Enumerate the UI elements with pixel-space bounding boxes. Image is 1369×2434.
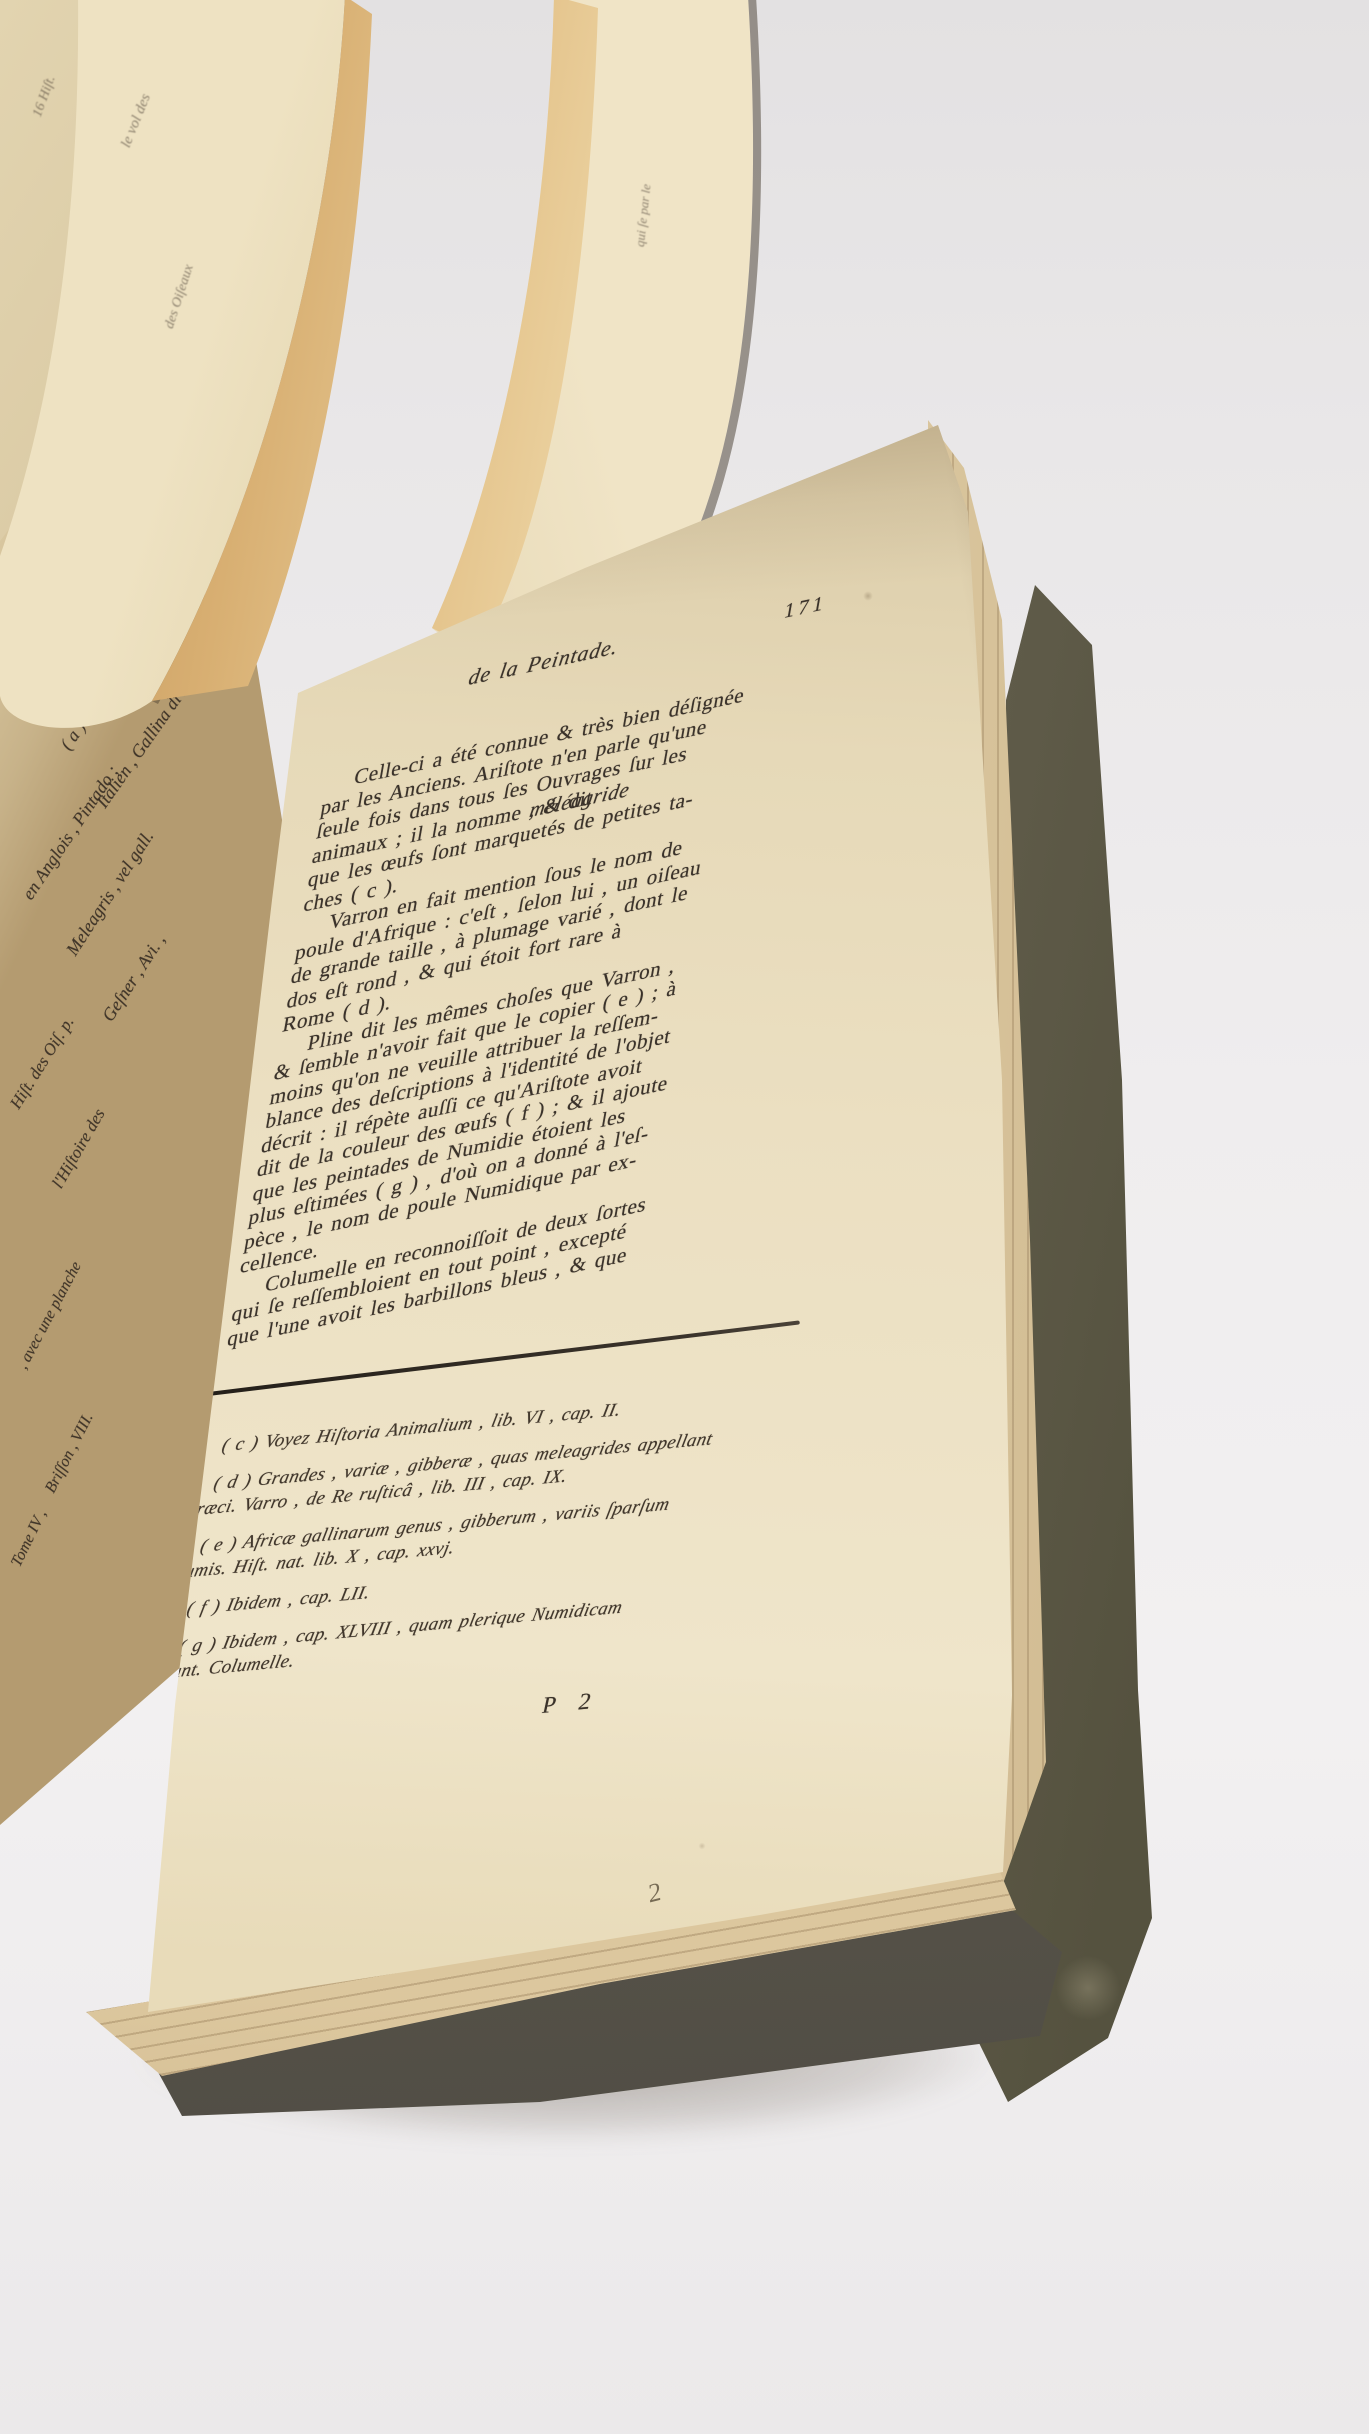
gathering-signature: P 2	[540, 1683, 674, 1719]
running-title: de la Peintade.	[467, 635, 620, 689]
verso-text-fragment: Meleagris , vel gall.	[62, 827, 158, 960]
page-footnotes: ( c ) Voyez Hiſtoria Animalium , lib. VI…	[130, 1387, 737, 1755]
footnote-lines: ( c ) Voyez Hiſtoria Animalium , lib. VI…	[145, 1387, 737, 1686]
verso-text-fragment: l'Hiſtoire des	[48, 1105, 110, 1192]
verso-text-fragment: Briſſon , VIII.	[42, 1410, 98, 1496]
verso-text-fragment: Hiſt. des Oiſ. p.	[6, 1013, 79, 1113]
verso-text-fragment: , avec une planche	[14, 1259, 86, 1373]
page-number: 171	[783, 590, 830, 622]
verso-text-fragment: Tome IV ,	[8, 1507, 51, 1570]
page-body-text: de la Peintade. 171 Celle-ci a été connu…	[226, 589, 835, 1351]
book-photo: Voyez les pl. enlumin. ( a ) La Peintade…	[0, 0, 1369, 2434]
body-paragraph-lines: Celle-ci a été connue & très bien déſign…	[226, 667, 822, 1351]
handwritten-mark: 2	[645, 1877, 665, 1909]
verso-text-fragment: Geſner , Avi. ,	[98, 930, 170, 1025]
